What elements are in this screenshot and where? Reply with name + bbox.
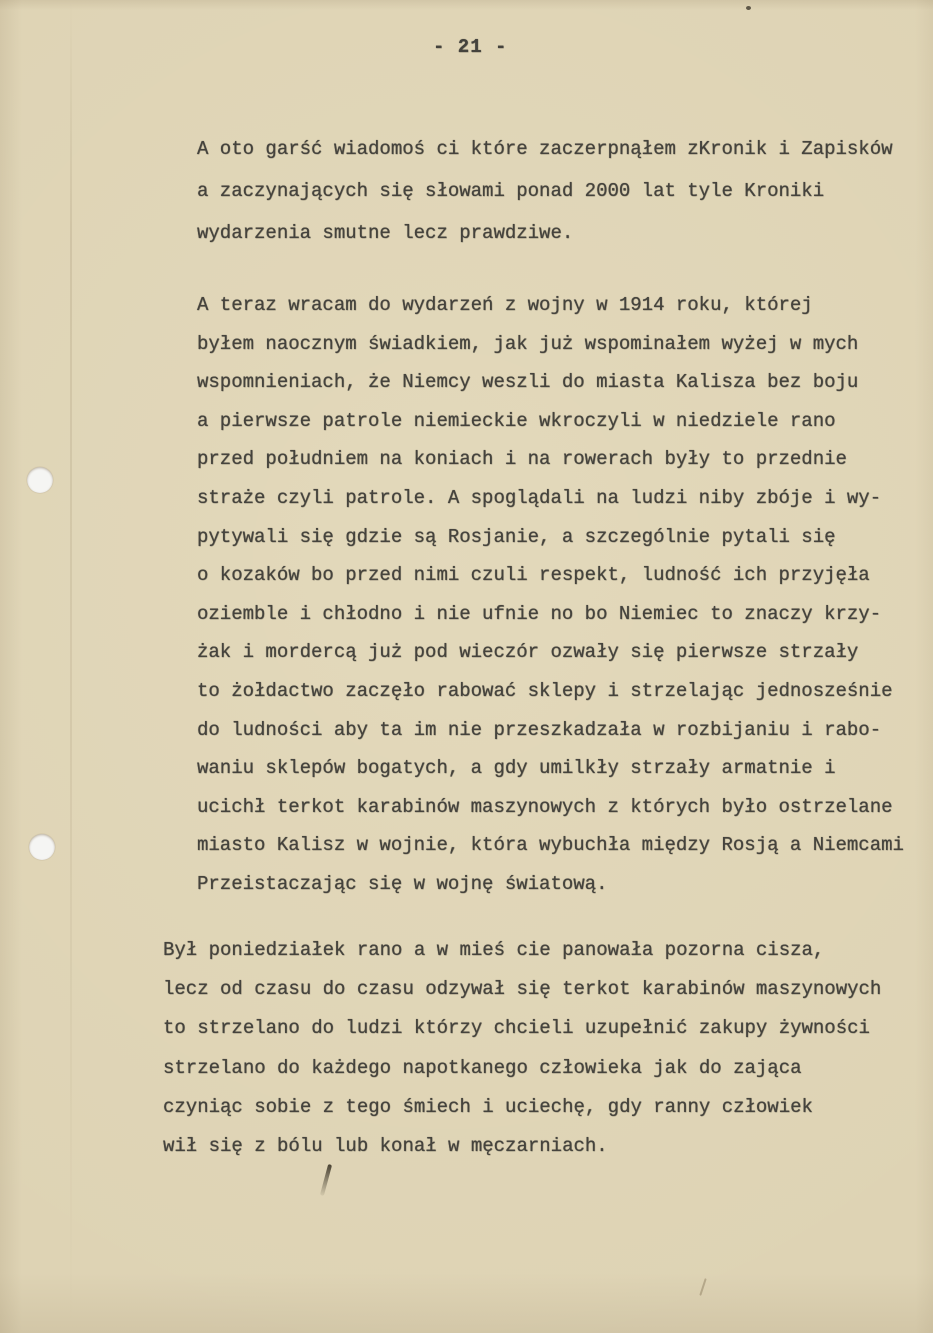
text-line: czyniąc sobie z tego śmiech i uciechę, g… (163, 1088, 881, 1127)
text-line: straże czyli patrole. A spoglądali na lu… (197, 479, 904, 518)
paragraph-intro: A oto garść wiadomoś ci które zaczerpnął… (197, 128, 893, 254)
paragraph-monday-morning: Był poniedziałek rano a w mieś cie panow… (163, 931, 881, 1166)
text-line: lecz od czasu do czasu odzywał się terko… (163, 970, 881, 1009)
text-line: a pierwsze patrole niemieckie wkroczyli … (197, 402, 904, 441)
text-line: o kozaków bo przed nimi czuli respekt, l… (197, 556, 904, 595)
ink-speck (746, 6, 751, 10)
text-line: to żołdactwo zaczęło rabować sklepy i st… (197, 672, 904, 711)
text-line: do ludności aby ta im nie przeszkadzała … (197, 711, 904, 750)
text-line: żak i mordercą już pod wieczór ozwały si… (197, 633, 904, 672)
text-line: Był poniedziałek rano a w mieś cie panow… (163, 931, 881, 970)
paper-fiber-mark (699, 1278, 706, 1296)
text-line: strzelano do każdego napotkanego człowie… (163, 1049, 881, 1088)
text-line: wił się z bólu lub konał w męczarniach. (163, 1127, 881, 1166)
pen-mark (320, 1164, 332, 1196)
text-line: byłem naocznym świadkiem, jak już wspomi… (197, 325, 904, 364)
text-line: przed południem na koniach i na rowerach… (197, 440, 904, 479)
text-line: wspomnieniach, że Niemcy weszli do miast… (197, 363, 904, 402)
paragraph-war-1914: A teraz wracam do wydarzeń z wojny w 191… (197, 286, 904, 904)
text-line: waniu sklepów bogatych, a gdy umilkły st… (197, 749, 904, 788)
page-number: - 21 - (433, 36, 507, 58)
document-page: - 21 - A oto garść wiadomoś ci które zac… (0, 0, 933, 1333)
text-line: Przeistaczając się w wojnę światową. (197, 865, 904, 904)
text-line: pytywali się gdzie są Rosjanie, a szczeg… (197, 518, 904, 557)
text-line: to strzelano do ludzi którzy chcieli uzu… (163, 1009, 881, 1048)
text-line: A oto garść wiadomoś ci które zaczerpnął… (197, 128, 893, 170)
text-line: A teraz wracam do wydarzeń z wojny w 191… (197, 286, 904, 325)
text-line: a zaczynających się słowami ponad 2000 l… (197, 170, 893, 212)
text-line: wydarzenia smutne lecz prawdziwe. (197, 212, 893, 254)
punch-hole-bottom (29, 834, 55, 860)
text-line: miasto Kalisz w wojnie, która wybuchła m… (197, 826, 904, 865)
punch-hole-top (27, 467, 53, 493)
text-line: ucichł terkot karabinów maszynowych z kt… (197, 788, 904, 827)
text-line: oziemble i chłodno i nie ufnie no bo Nie… (197, 595, 904, 634)
paper-crease (70, 0, 72, 1333)
